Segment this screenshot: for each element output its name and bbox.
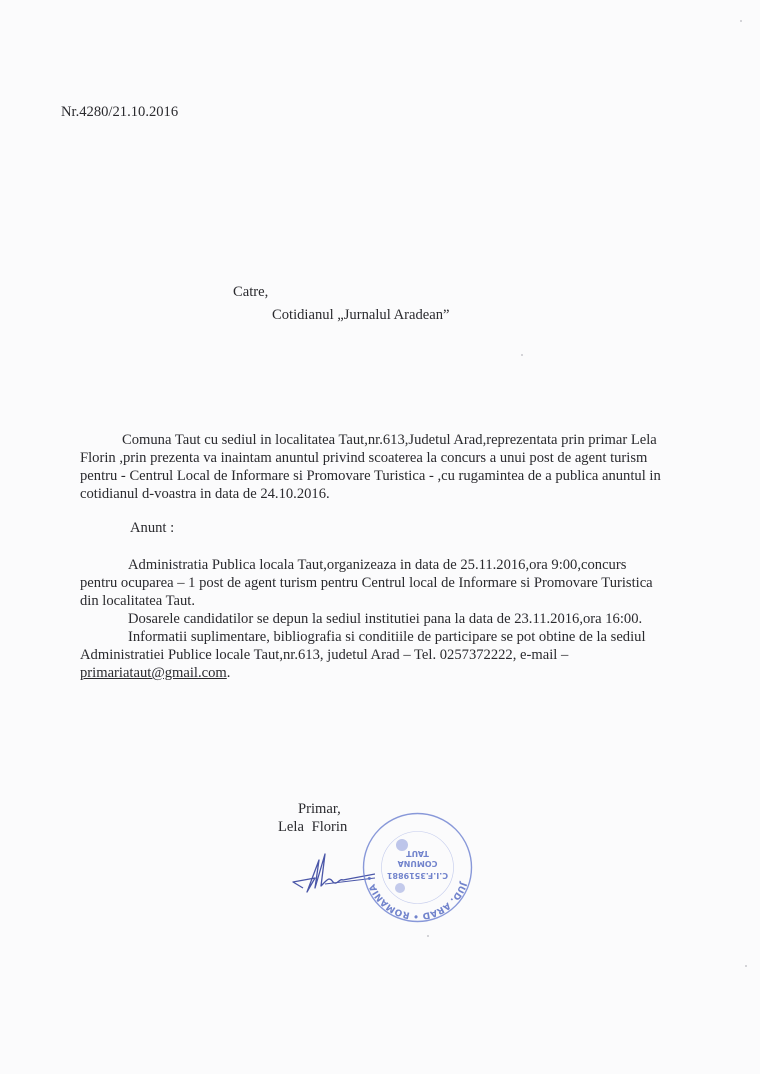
email-link[interactable]: primariataut@gmail.com (80, 665, 227, 681)
intro-line: Florin ,prin prezenta va inaintam anuntu… (80, 449, 720, 467)
svg-text:C.I.F.3519881: C.I.F.3519881 (386, 871, 448, 880)
signatory-title: Primar, (298, 800, 341, 818)
announcement-line: din localitatea Taut. (80, 592, 720, 610)
announcement-body: Administratia Publica locala Taut,organi… (80, 556, 720, 682)
intro-line: Comuna Taut cu sediul in localitatea Tau… (80, 431, 720, 449)
svg-text:JUD. ARAD • ROMANIA •: JUD. ARAD • ROMANIA • (365, 874, 468, 920)
svg-text:COMUNA: COMUNA (397, 859, 438, 868)
announcement-line: Administratiei Publice locale Taut,nr.61… (80, 646, 720, 664)
email-suffix: . (227, 665, 231, 681)
reference-number: Nr.4280/21.10.2016 (61, 103, 178, 121)
recipient-label: Catre, (233, 283, 268, 301)
scanned-document-page: Nr.4280/21.10.2016 Catre, Cotidianul „Ju… (0, 0, 760, 1074)
intro-paragraph: Comuna Taut cu sediul in localitatea Tau… (80, 431, 720, 503)
signatory-name: Lela Florin (278, 818, 347, 836)
scan-speck (745, 965, 747, 967)
intro-line: cotidianul d-voastra in data de 24.10.20… (80, 485, 720, 503)
announcement-label: Anunt : (130, 519, 174, 537)
scan-speck (427, 935, 429, 937)
announcement-line: Dosarele candidatilor se depun la sediul… (80, 610, 720, 628)
announcement-line: Informatii suplimentare, bibliografia si… (80, 628, 720, 646)
scan-speck (740, 20, 742, 22)
announcement-line: pentru ocuparea – 1 post de agent turism… (80, 574, 720, 592)
scan-speck (521, 354, 523, 356)
svg-text:TAUT: TAUT (406, 849, 429, 858)
official-stamp-icon: JUD. ARAD • ROMANIA • C.I.F.3519881 COMU… (360, 810, 475, 925)
announcement-line: Administratia Publica locala Taut,organi… (80, 556, 720, 574)
intro-line: pentru - Centrul Local de Informare si P… (80, 467, 720, 485)
recipient-name: Cotidianul „Jurnalul Aradean” (272, 306, 450, 324)
email-line: primariataut@gmail.com. (80, 664, 720, 682)
